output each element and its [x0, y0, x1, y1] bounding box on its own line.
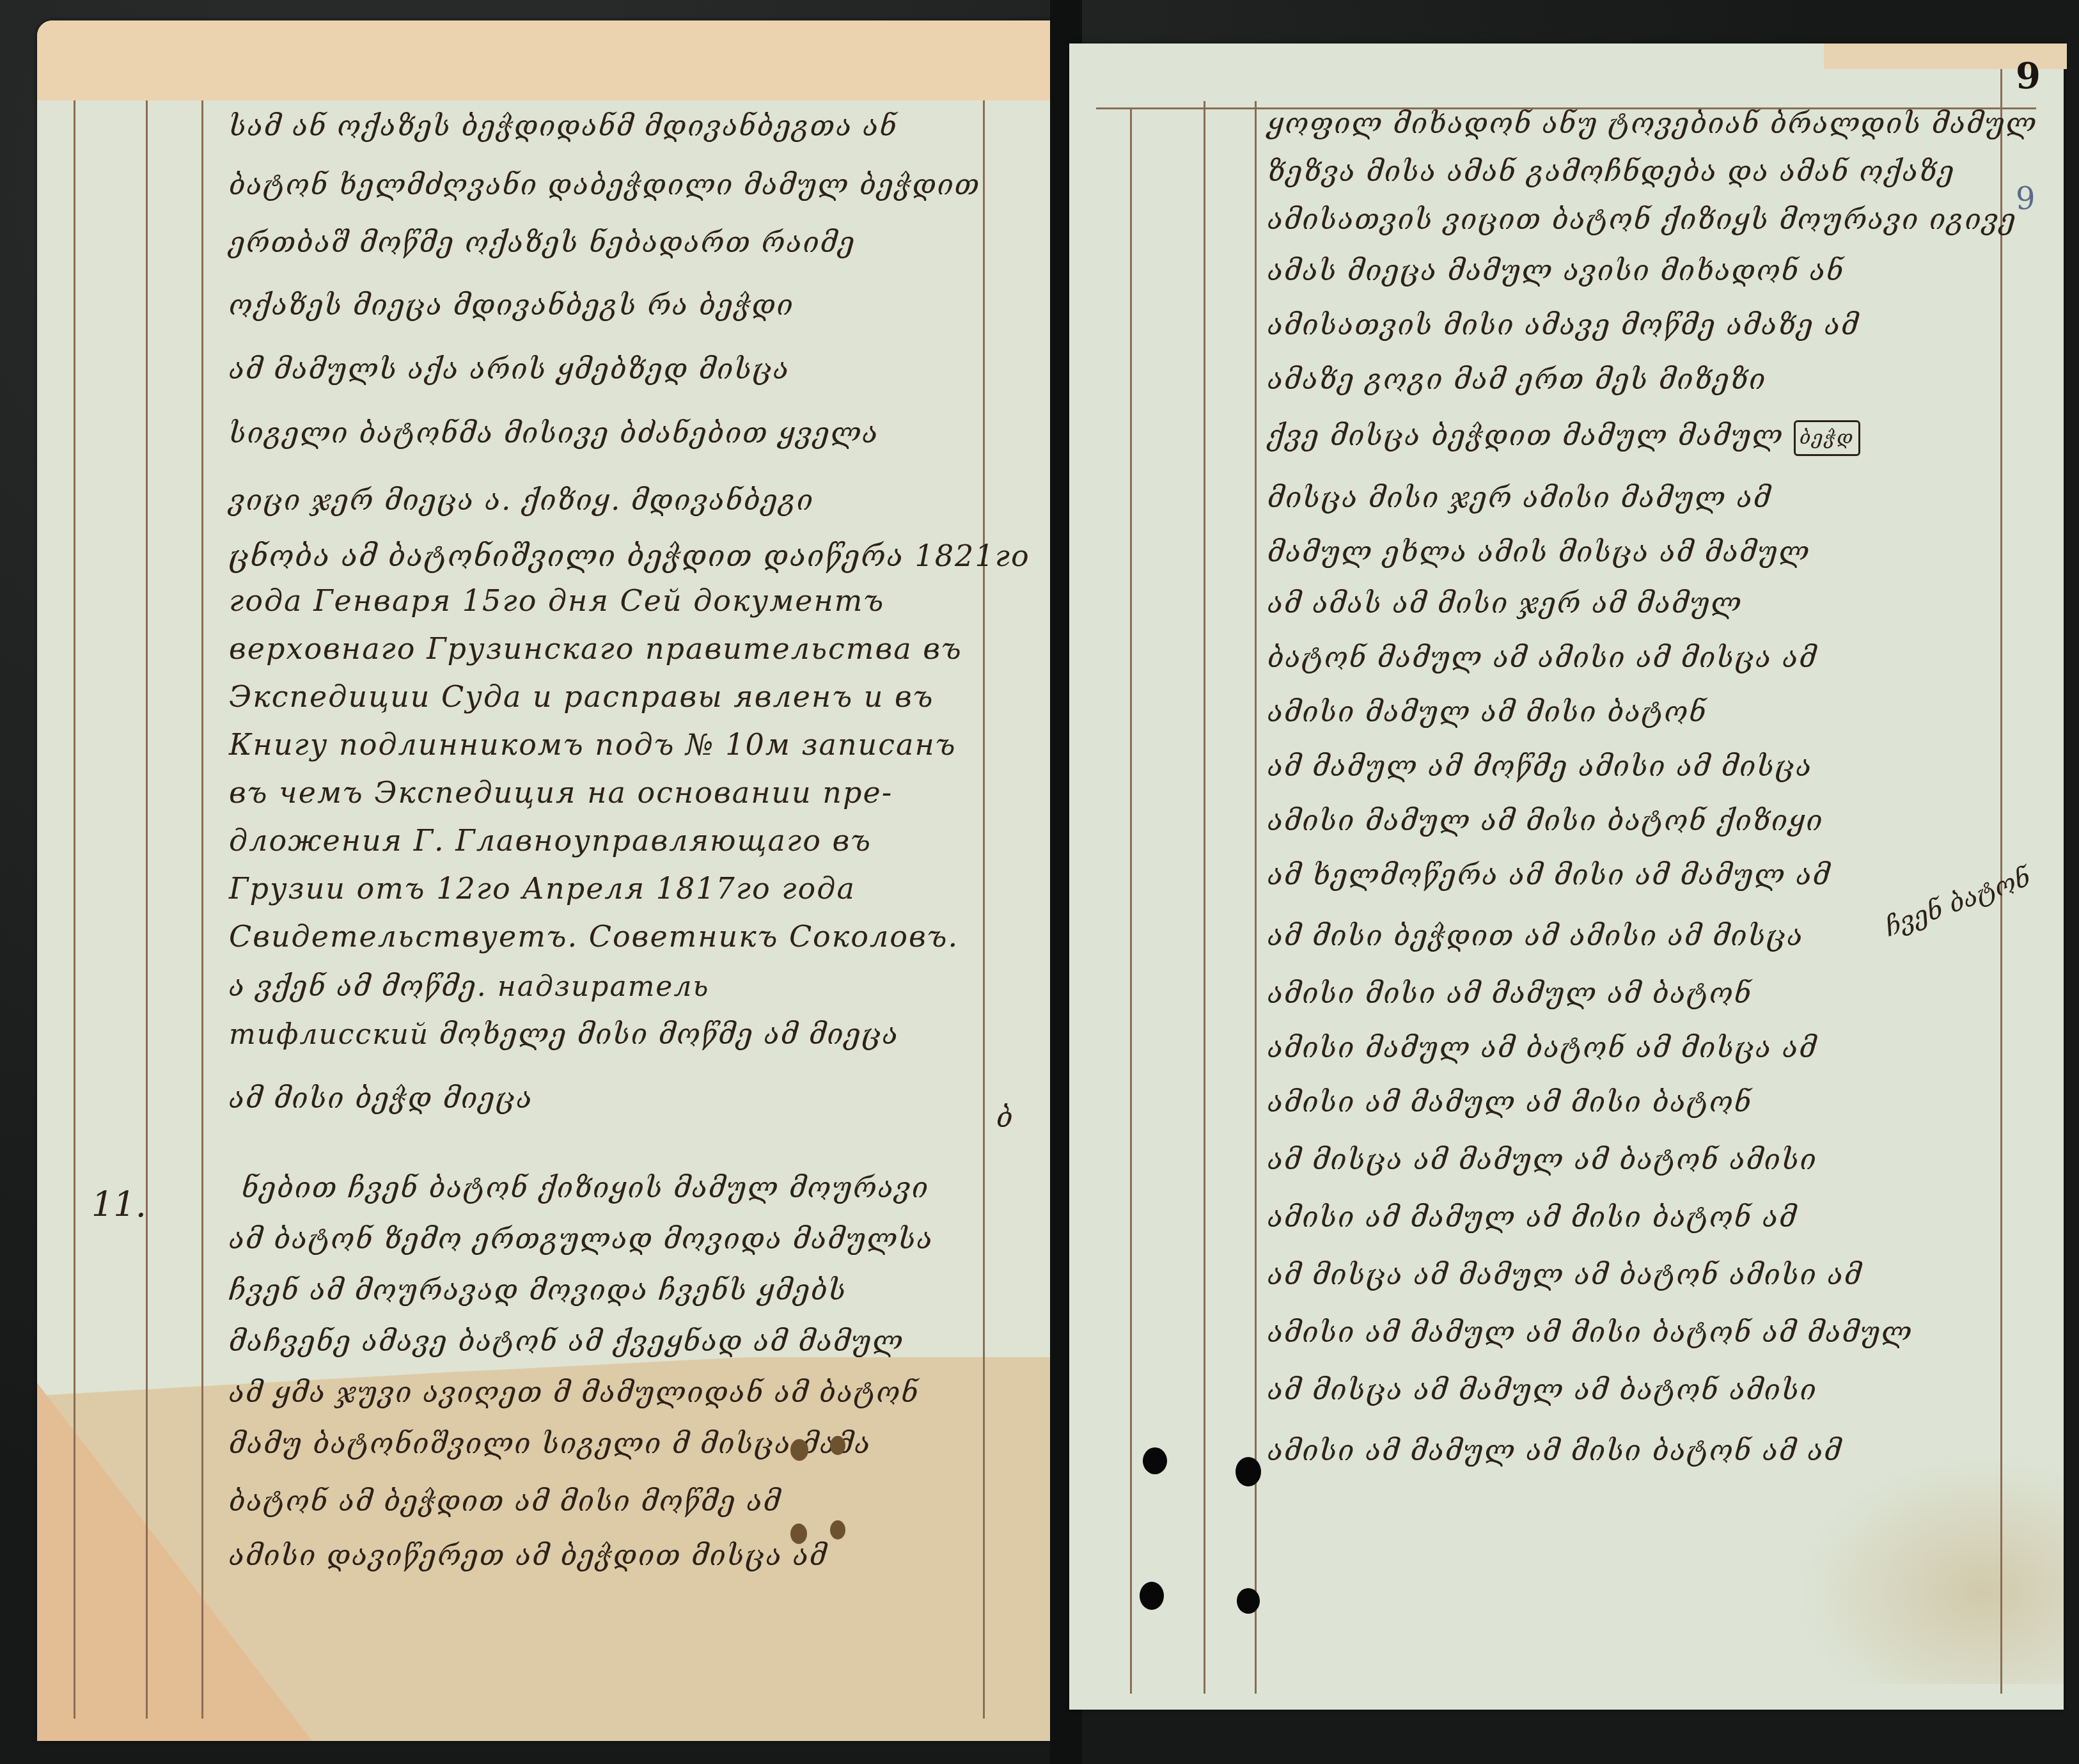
text-line: тифлисский მოხელე მისი მოწმე ამ მიეცა — [229, 1018, 899, 1051]
text-line: ამ ბატონ ზემო ერთგულად მოვიდა მამულსა — [229, 1223, 934, 1256]
text-line: ჩვენ ამ მოურავად მოვიდა ჩვენს ყმებს — [229, 1274, 847, 1307]
text-line: ოქაზეს მიეცა მდივანბეგს რა ბეჭდი — [229, 289, 794, 322]
margin-rule — [1130, 107, 1132, 1694]
punch-hole — [1140, 1582, 1164, 1610]
russian-line: Грузии отъ 12го Апреля 1817го года — [229, 871, 856, 906]
text-line: ამას მიეცა მამულ ავისი მიხადონ ან — [1267, 255, 1844, 287]
text-line: ამ მისი ბეჭდით ამ ამისი ამ მისცა — [1267, 920, 1804, 952]
text-line: ამისი ამ მამულ ამ მისი ბატონ ამ მამულ — [1267, 1316, 1913, 1349]
text-line: ამისათვის მისი ამავე მოწმე ამაზე ამ — [1267, 309, 1859, 342]
right-page: 9 9 ყოფილ მიხადონ ანუ ტოვებიან ბრალდის მ… — [1069, 43, 2064, 1710]
text-line: ამისი დავიწერეთ ამ ბეჭდით მისცა ამ — [229, 1540, 828, 1572]
russian-line: въ чемъ Экспедиция на основании пре- — [229, 775, 893, 810]
text-line: ბატონ მამულ ამ ამისი ამ მისცა ამ — [1267, 642, 1817, 674]
russian-line: дложения Г. Главноуправляющаго въ — [229, 823, 872, 858]
text-line: ბატონ ამ ბეჭდით ამ მისი მოწმე ამ — [229, 1485, 781, 1518]
seal-stamp: ბეჭდ — [1794, 420, 1860, 456]
text-line: ამ მამულს აქა არის ყმებზედ მისცა — [229, 353, 790, 386]
text-line: ამ მამულ ამ მოწმე ამისი ამ მისცა — [1267, 750, 1812, 783]
text-line: ამისი ამ მამულ ამ მისი ბატონ ამ ამ — [1267, 1435, 1842, 1467]
text-line: ამისი ამ მამულ ამ მისი ბატონ ამ — [1267, 1201, 1797, 1234]
ink-blot — [790, 1439, 808, 1461]
text-line: ამისი მამულ ამ ბატონ ამ მისცა ამ — [1267, 1032, 1817, 1064]
text-line: ამ მისცა ამ მამულ ამ ბატონ ამისი ამ — [1267, 1259, 1862, 1291]
text-line: მაჩვენე ამავე ბატონ ამ ქვეყნად ამ მამულ — [229, 1325, 904, 1358]
text-line: ამისი ამ მამულ ამ მისი ბატონ — [1267, 1086, 1752, 1119]
text-line: ა ვქენ ამ მოწმე. надзиратель — [229, 970, 709, 1003]
text-line: ამ ყმა ჯუვი ავიღეთ მ მამულიდან ამ ბატონ — [229, 1376, 919, 1409]
margin-letter: ბ — [996, 1101, 1013, 1134]
russian-line: года Генваря 15го дня Сей документъ — [229, 583, 884, 618]
text-line: ერთბაშ მოწმე ოქაზეს ნებადართ რაიმე — [229, 226, 856, 259]
text-line: ზეზვა მისა ამან გამოჩნდება და ამან ოქაზე — [1267, 155, 1955, 188]
russian-line: Книгу подлинникомъ подъ № 10м записанъ — [229, 727, 956, 762]
text-line: ამისი მამულ ამ მისი ბატონ ქიზიყი — [1267, 805, 1824, 837]
pencil-number: 9 — [2016, 181, 2036, 217]
margin-rule — [146, 100, 148, 1719]
punch-hole — [1143, 1447, 1167, 1474]
text-line: ყოფილ მიხადონ ანუ ტოვებიან ბრალდის მამულ — [1267, 107, 2037, 140]
top-paper-strip — [37, 20, 1050, 100]
russian-line: ცნობა ამ ბატონიშვილი ბეჭდით დაიწერა 1821… — [229, 539, 1030, 573]
margin-note: ჩვენ ბატონ — [1881, 863, 2034, 943]
margin-rule — [201, 100, 203, 1719]
margin-rule — [1204, 101, 1205, 1694]
entry-number: 11. — [91, 1185, 146, 1225]
text-line: ამ მისცა ამ მამულ ამ ბატონ ამისი — [1267, 1374, 1817, 1406]
text-line: ამ ამას ამ მისი ჯერ ამ მამულ — [1267, 587, 1743, 620]
text-line: ვიცი ჯერ მიეცა ა. ქიზიყ. მდივანბეგი — [229, 484, 814, 517]
text-line: ამისი მამულ ამ მისი ბატონ — [1267, 696, 1707, 728]
text-line: ამ ხელმოწერა ამ მისი ამ მამულ ამ — [1267, 859, 1831, 892]
text-line: მამულ ეხლა ამის მისცა ამ მამულ — [1267, 536, 1810, 569]
text-line: სამ ან ოქაზეს ბეჭდიდანმ მდივანბეგთა ან — [229, 110, 898, 143]
text-segment: ქვე მისცა ბეჭდით მამულ მამულ — [1267, 420, 1784, 452]
ink-blot — [830, 1520, 845, 1540]
left-page: სამ ან ოქაზეს ბეჭდიდანმ მდივანბეგთა ან ბ… — [37, 20, 1050, 1741]
folio-number: 9 — [2016, 55, 2041, 97]
punch-hole — [1237, 1588, 1260, 1614]
text-line: მამუ ბატონიშვილი სიგელი მ მისცა მამა — [229, 1428, 872, 1460]
margin-rule — [74, 100, 75, 1719]
text-line: ნებით ჩვენ ბატონ ქიზიყის მამულ მოურავი — [242, 1172, 929, 1204]
russian-line: Свидетельствуетъ. Советникъ Соколовъ. — [229, 919, 959, 954]
margin-rule — [1255, 101, 1257, 1694]
text-line: ამისი მისი ამ მამულ ამ ბატონ — [1267, 977, 1752, 1010]
text-line: სიგელი ბატონმა მისივე ბძანებით ყველა — [229, 417, 879, 450]
text-line-with-stamp: ქვე მისცა ბეჭდით მამულ მამულ ბეჭდ — [1267, 420, 1860, 456]
russian-line: Экспедиции Суда и расправы явленъ и въ — [229, 679, 934, 714]
text-line: ბატონ ხელმძღვანი დაბეჭდილი მამულ ბეჭდით — [229, 169, 980, 201]
water-stain — [1795, 1454, 2064, 1684]
text-line: მისცა მისი ჯერ ამისი მამულ ამ — [1267, 482, 1771, 514]
text-line: ამაზე გოგი მამ ერთ მეს მიზეზი — [1267, 363, 1766, 396]
russian-line: верховнаго Грузинскаго правительства въ — [229, 631, 962, 666]
text-line: ამისათვის ვიცით ბატონ ქიზიყს მოურავი იგი… — [1267, 203, 2017, 236]
punch-hole — [1236, 1457, 1261, 1486]
ink-blot — [830, 1436, 845, 1455]
ink-blot — [790, 1524, 807, 1544]
text-line: ამ მისცა ამ მამულ ამ ბატონ ამისი — [1267, 1144, 1817, 1176]
text-line: ამ მისი ბეჭდ მიეცა — [229, 1082, 533, 1115]
margin-rule — [983, 100, 985, 1719]
